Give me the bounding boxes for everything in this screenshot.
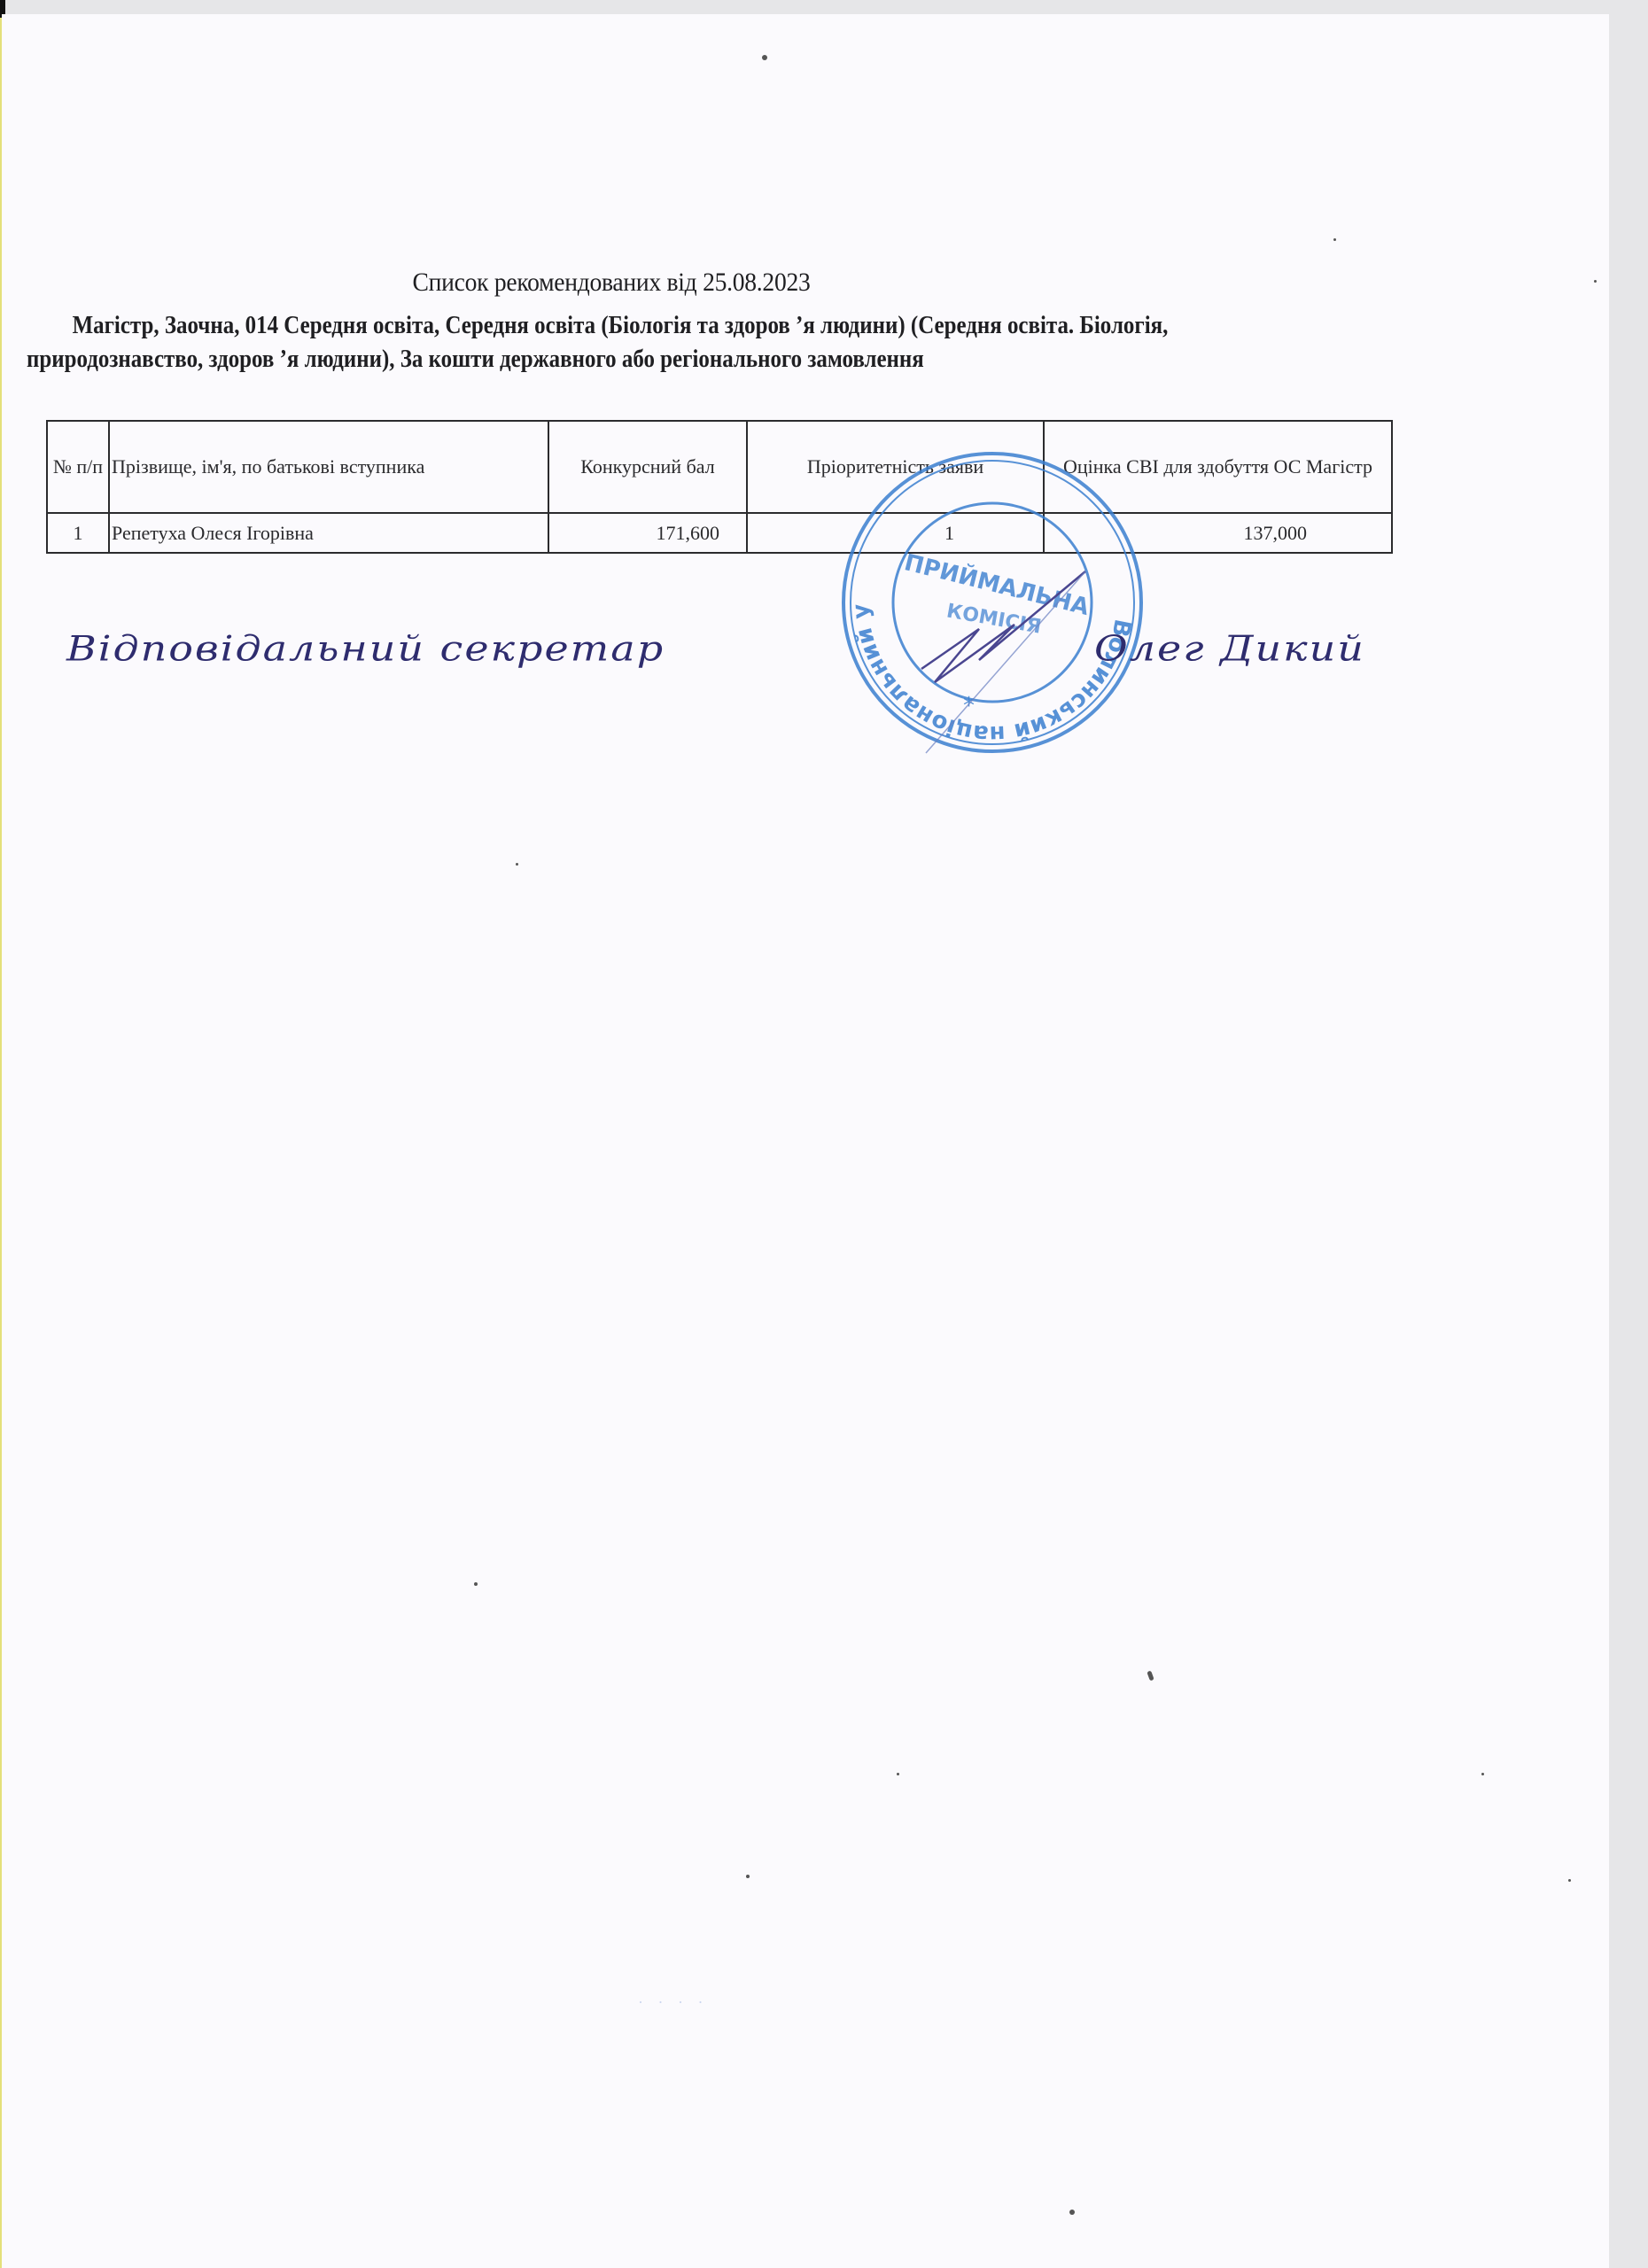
scan-speck xyxy=(474,1582,478,1586)
competitive-score: 171,600 xyxy=(548,513,747,553)
document-subtitle: Магістр, Заочна, 014 Середня освіта, Сер… xyxy=(27,308,1204,376)
scan-speck xyxy=(1568,1879,1571,1882)
scan-speck xyxy=(1481,1773,1484,1775)
scan-speck xyxy=(897,1773,899,1775)
recommended-list-table: № п/п Прізвище, ім'я, по батькові вступн… xyxy=(46,420,1393,554)
table-header-row: № п/п Прізвище, ім'я, по батькові вступн… xyxy=(47,421,1392,513)
handwritten-signatory-name: Олег Дикий xyxy=(1094,628,1365,669)
scan-speck xyxy=(1333,238,1336,241)
column-header-number: № п/п xyxy=(47,421,109,513)
row-number: 1 xyxy=(47,513,109,553)
scan-bleed-through: · · · · xyxy=(638,1993,708,2012)
scan-speck xyxy=(1069,2210,1075,2215)
scan-speck xyxy=(762,55,767,60)
admission-committee-stamp: Волинський національний університет імен… xyxy=(837,447,1147,757)
scan-speck xyxy=(1594,280,1597,283)
handwritten-signatory-role: Відповідальний секретар xyxy=(66,628,665,669)
scan-speck xyxy=(516,863,518,866)
scan-speck xyxy=(1147,1670,1154,1681)
column-header-competitive-score: Конкурсний бал xyxy=(548,421,747,513)
applicant-full-name: Репетуха Олеся Ігорівна xyxy=(109,513,548,553)
table-row: 1 Репетуха Олеся Ігорівна 171,600 1 137,… xyxy=(47,513,1392,553)
scan-speck xyxy=(746,1875,750,1878)
stamp-star: * xyxy=(963,693,975,719)
column-header-full-name: Прізвище, ім'я, по батькові вступника xyxy=(109,421,548,513)
document-title: Список рекомендованих від 25.08.2023 xyxy=(49,268,1174,298)
